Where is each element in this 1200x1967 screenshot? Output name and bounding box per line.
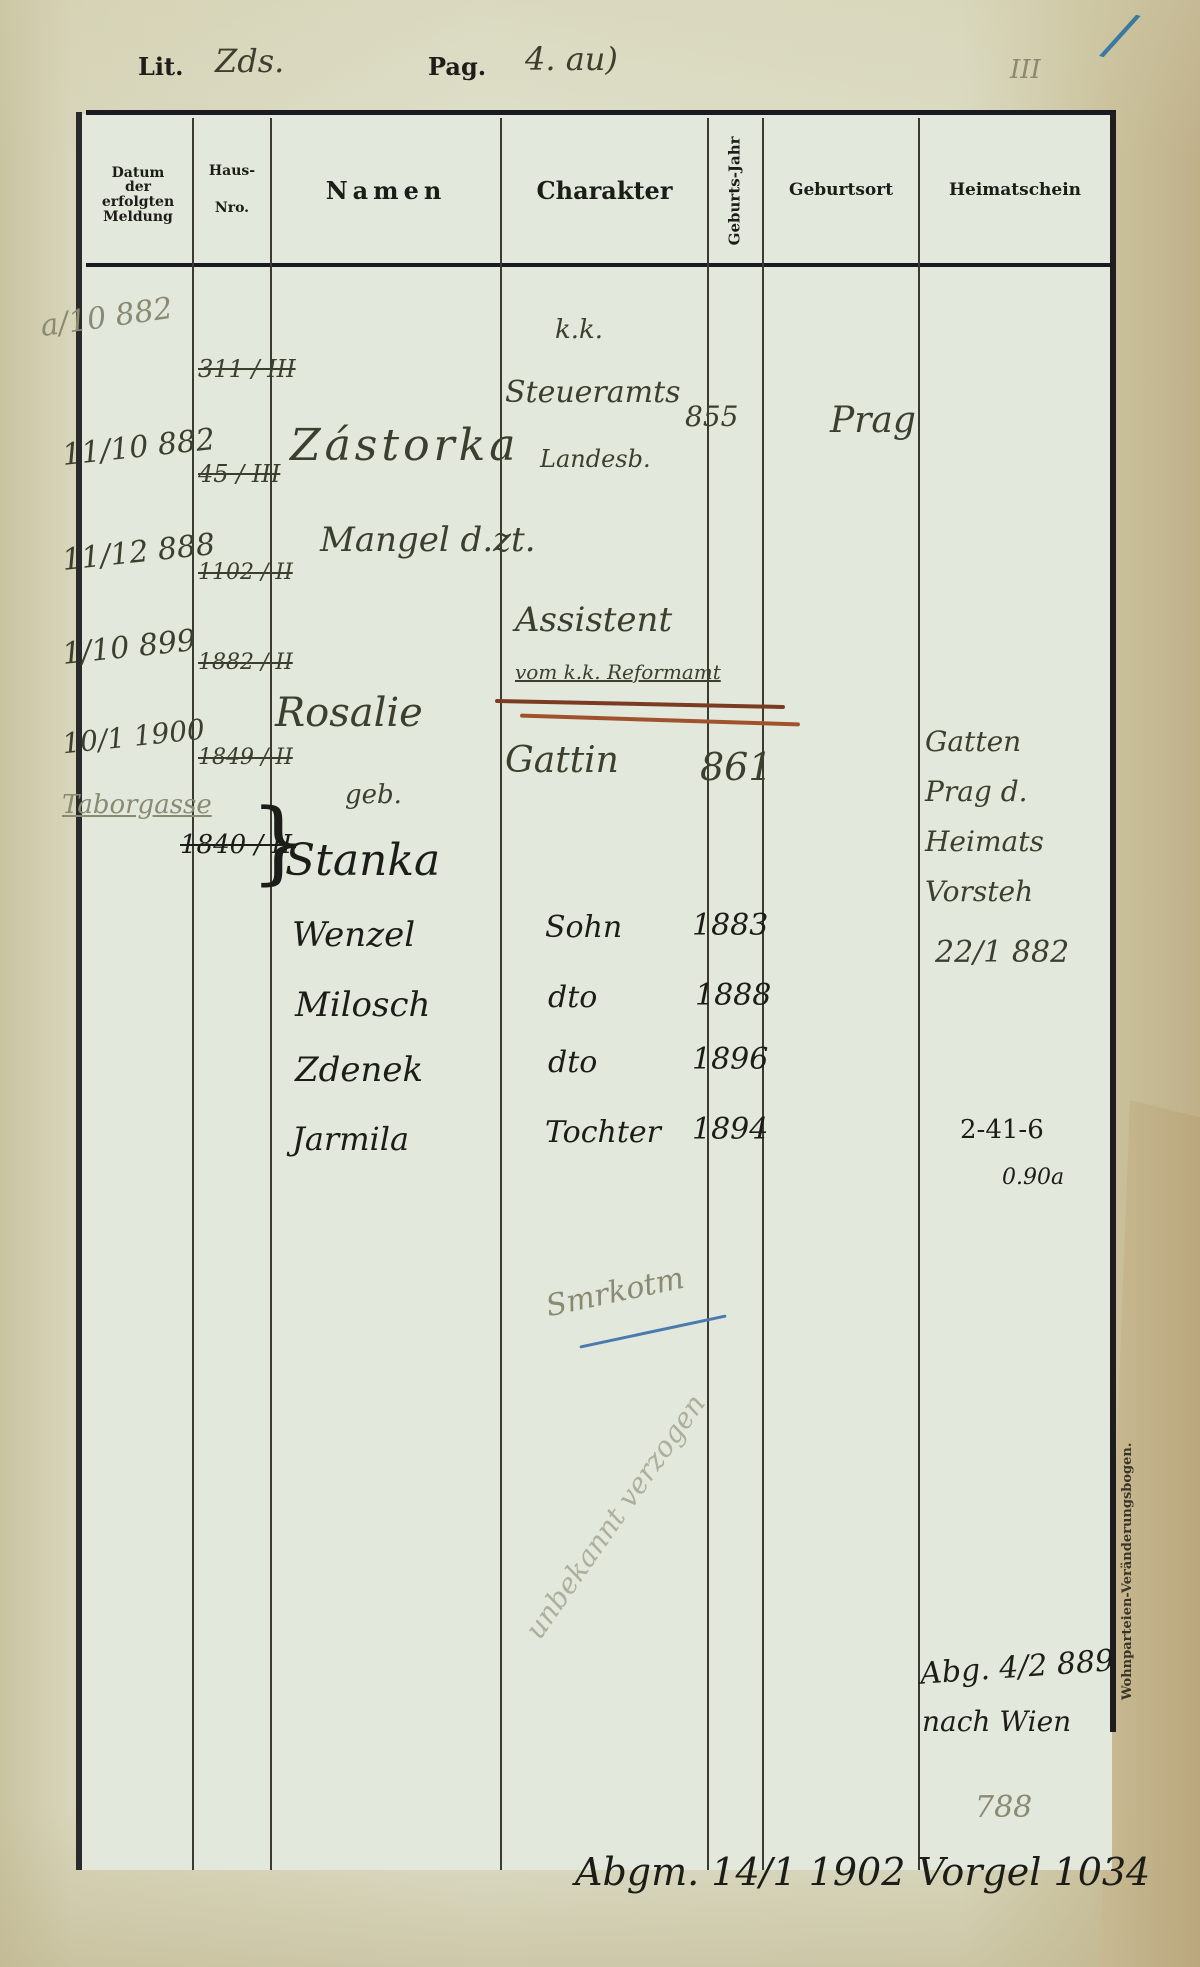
child-relation: dto <box>548 980 597 1015</box>
child-name: Jarmila <box>292 1120 409 1158</box>
lit-label: Lit. <box>138 52 183 81</box>
head-birth-year: 855 <box>685 400 738 433</box>
child-relation: Tochter <box>545 1115 661 1150</box>
faint-corner-number: III <box>1010 55 1041 85</box>
column-header-charakter: Charakter <box>502 118 707 263</box>
deregistration-note: nach Wien <box>922 1705 1071 1738</box>
child-birth-year: 1896 <box>692 1042 768 1077</box>
lit-value: Zds. <box>215 42 284 80</box>
child-name: Milosch <box>295 985 430 1025</box>
house-number: 1849 / II <box>198 745 293 770</box>
heimatschein-note: Heimats <box>925 825 1044 858</box>
child-relation: dto <box>548 1045 597 1080</box>
heimatschein-note: Vorsteh <box>925 875 1033 908</box>
column-header-haus-nro: Haus- Nro. <box>194 130 270 250</box>
house-number: 311 / III <box>198 355 296 383</box>
child-birth-year: 1894 <box>692 1112 768 1147</box>
spouse-maiden-name: Stanka <box>285 835 440 886</box>
charakter-note: Steueramts <box>505 375 681 410</box>
column-header-geburtsjahr: Geburts-Jahr <box>709 118 762 263</box>
header-line: Haus- <box>209 164 255 179</box>
column-divider <box>918 118 920 1870</box>
child-birth-year: 1888 <box>695 978 771 1013</box>
charakter-note: Assistent <box>515 600 672 640</box>
child-name: Wenzel <box>292 915 415 955</box>
street-entry: Taborgasse <box>62 790 212 820</box>
heimatschein-note: Gatten <box>925 725 1021 758</box>
heimatschein-note: 22/1 882 <box>935 935 1069 970</box>
header-line: der <box>125 180 151 195</box>
column-header-namen: Namen <box>272 118 500 263</box>
header-line: erfolgten <box>102 195 174 210</box>
charakter-note: k.k. <box>555 315 603 345</box>
table-right-border <box>1110 112 1116 1732</box>
charakter-note: Mangel d.zt. <box>320 520 536 560</box>
column-header-heimatschein: Heimatschein <box>920 118 1110 263</box>
house-number: 45 / III <box>198 460 280 488</box>
charakter-note: Landesb. <box>540 445 651 473</box>
faint-number: 788 <box>975 1790 1032 1825</box>
column-divider <box>500 118 502 1870</box>
table-left-border <box>76 112 82 1870</box>
spouse-first-name: Rosalie <box>275 690 423 736</box>
heimatschein-code: 0.90a <box>1002 1165 1064 1190</box>
spouse-birth-year: 861 <box>700 745 773 789</box>
pag-label: Pag. <box>428 52 486 81</box>
heimatschein-code: 2-41-6 <box>960 1115 1044 1145</box>
header-line: Nro. <box>215 201 249 216</box>
blue-corner-mark: / <box>1101 0 1139 71</box>
charakter-note: vom k.k. Reformamt <box>515 660 721 684</box>
spouse-nee: geb. <box>345 780 402 810</box>
child-birth-year: 1883 <box>692 908 768 943</box>
table-top-border <box>86 110 1116 115</box>
header-bottom-border <box>86 263 1112 267</box>
footer-deregistration-note: Abgm. 14/1 1902 Vorgel 1034 <box>575 1850 1150 1894</box>
house-number: 1882 / II <box>198 650 293 675</box>
house-number: 1102 / II <box>198 560 293 585</box>
child-name: Zdenek <box>295 1050 423 1090</box>
pag-value: 4. au) <box>525 40 618 78</box>
column-header-geburtsort: Geburtsort <box>764 118 918 263</box>
child-relation: Sohn <box>545 910 622 945</box>
head-birthplace: Prag <box>830 400 916 441</box>
surname: Zástorka <box>290 420 519 471</box>
header-line: Datum <box>112 166 165 181</box>
heimatschein-note: Prag d. <box>925 775 1028 808</box>
side-caption: Wohnparteien-Veränderungsbogen. <box>1120 1443 1135 1700</box>
header-line: Meldung <box>103 210 173 225</box>
charakter-note: Gattin <box>505 740 619 781</box>
column-header-datum: Datum der erfolgten Meldung <box>84 130 192 260</box>
column-divider <box>192 118 194 1870</box>
header-vertical-label: Geburts-Jahr <box>728 136 744 245</box>
